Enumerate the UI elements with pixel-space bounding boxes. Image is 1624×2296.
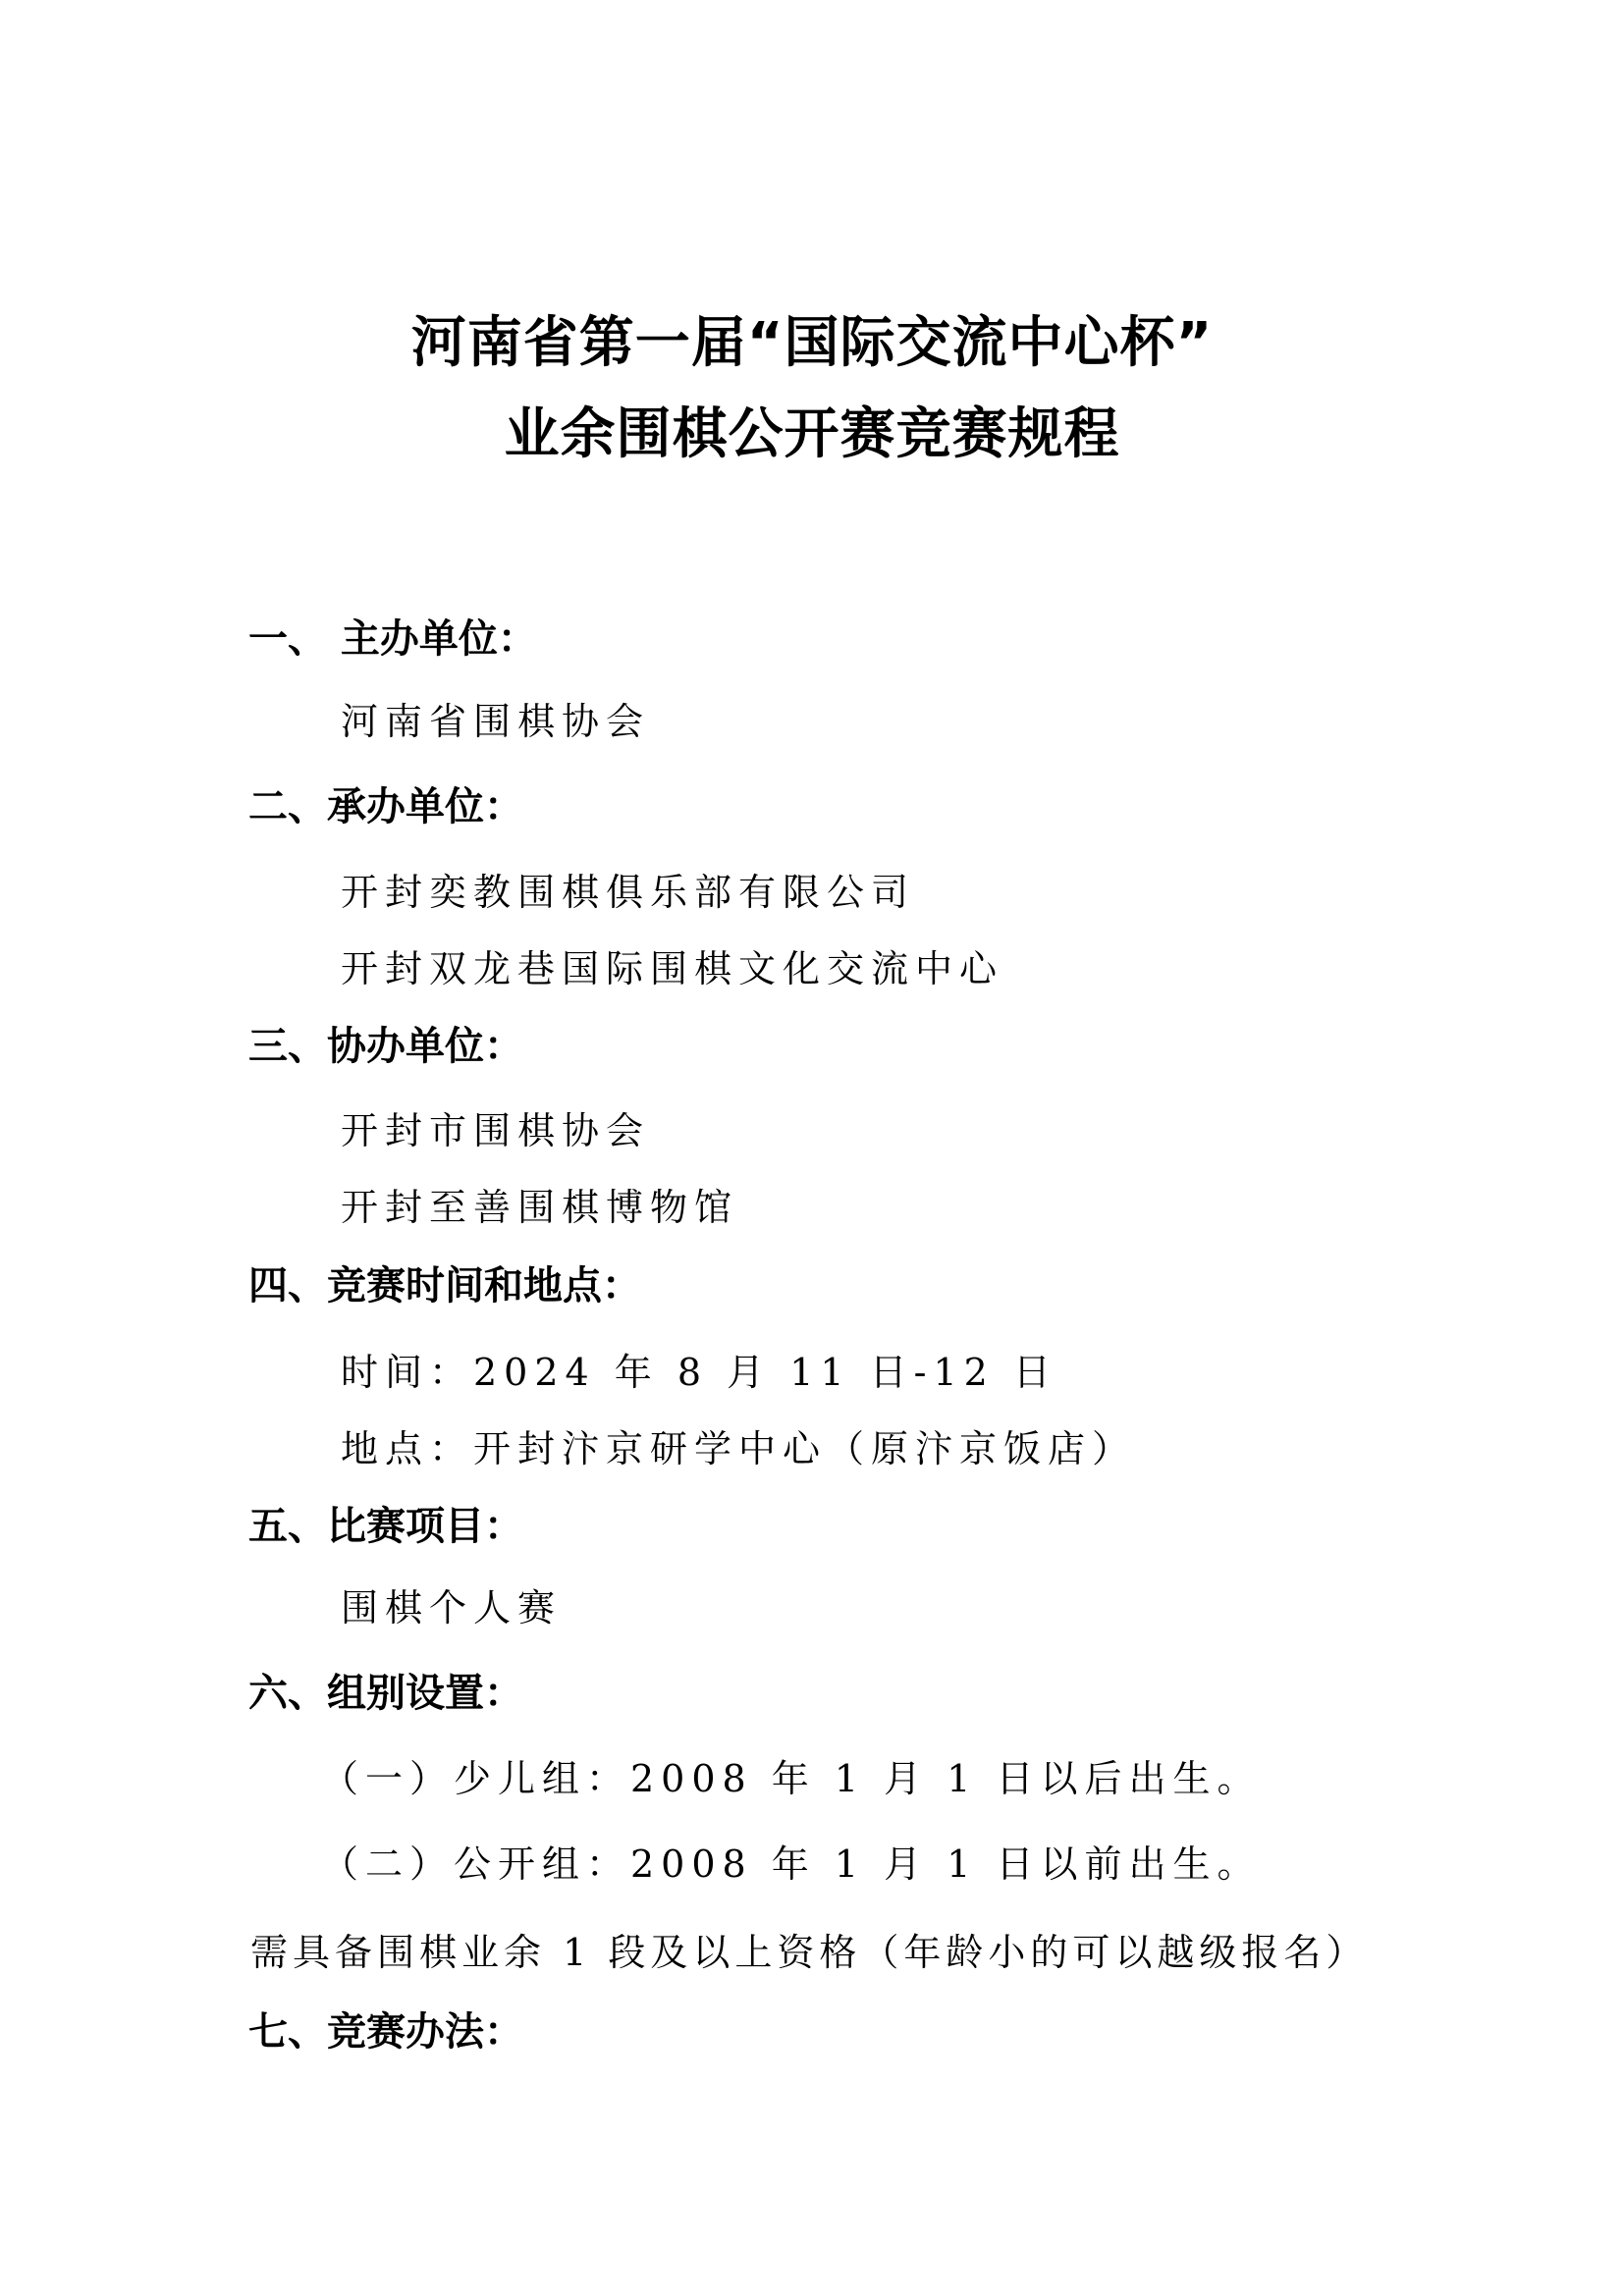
section-2-item-2: 开封双龙巷国际围棋文化交流中心 [341,945,1003,992]
section-heading-5: 五、比赛项目： [248,1503,523,1550]
section-heading-7: 七、竞赛办法： [248,2008,523,2056]
section-1-item-1: 河南省围棋协会 [341,698,650,745]
section-heading-2: 二、承办单位： [248,783,523,830]
section-6-youth-group: （一）少儿组：2008 年 1 月 1 日以后出生。 [321,1755,1261,1802]
section-3-item-1: 开封市围棋协会 [341,1107,650,1154]
section-2-item-1: 开封奕教围棋俱乐部有限公司 [341,869,915,916]
page-title-line-1: 河南省第一届“国际交流中心杯” [0,299,1624,378]
section-6-open-group: （二）公开组：2008 年 1 月 1 日以前出生。 [321,1841,1261,1888]
section-heading-3: 三、协办单位： [248,1023,523,1070]
section-5-item-1: 围棋个人赛 [341,1584,562,1631]
section-heading-4: 四、竞赛时间和地点： [248,1262,641,1309]
section-3-item-2: 开封至善围棋博物馆 [341,1184,738,1231]
section-4-location: 地点：开封汴京研学中心（原汴京饭店） [341,1425,1136,1472]
section-6-requirement-note: 需具备围棋业余 1 段及以上资格（年龄小的可以越级报名） [250,1929,1368,1976]
section-4-time: 时间：2024 年 8 月 11 日-12 日 [341,1349,1057,1396]
section-heading-6: 六、组别设置： [248,1670,523,1717]
section-heading-1: 一、 主办单位： [248,615,537,663]
page-title-line-2: 业余围棋公开赛竞赛规程 [0,391,1624,469]
